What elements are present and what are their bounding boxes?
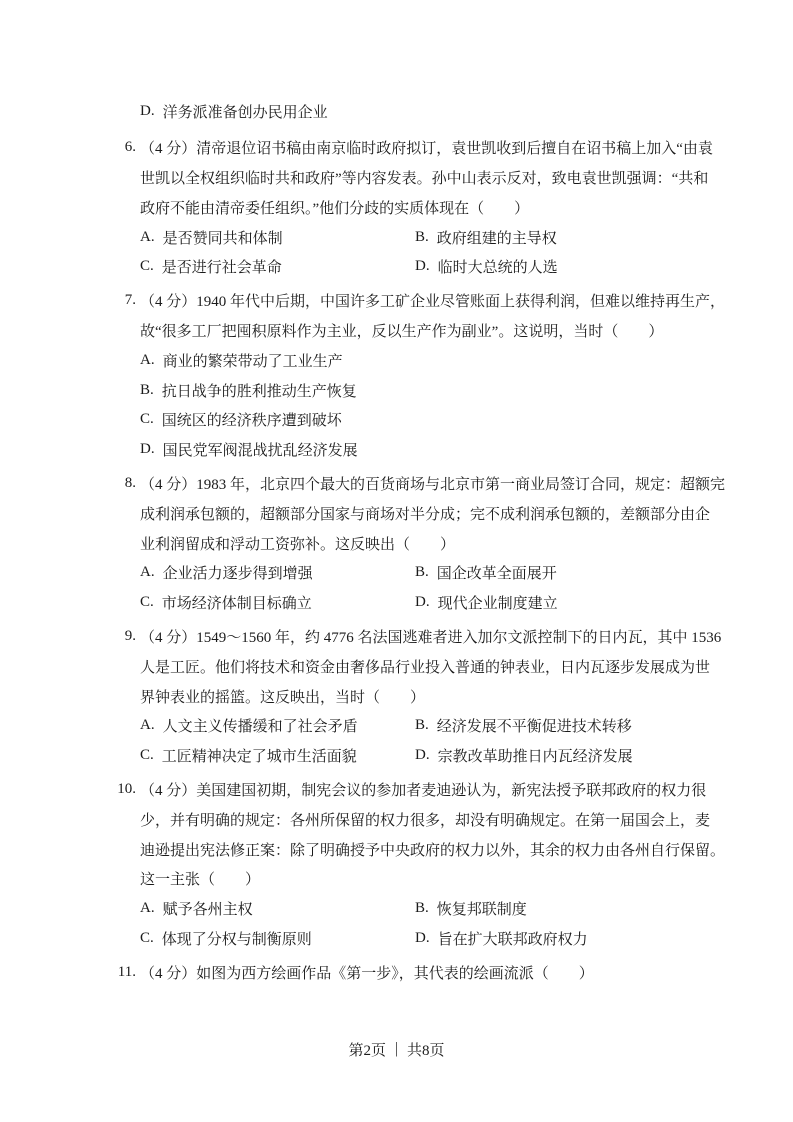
option-label: C. — [140, 594, 154, 611]
options-row: B.抗日战争的胜利推动生产恢复 — [0, 375, 793, 405]
options-row: A.商业的繁荣带动了工业生产 — [0, 345, 793, 375]
options-row: C.国统区的经济秩序遭到破坏 — [0, 405, 793, 435]
question-number: 8. — [0, 475, 140, 492]
option-text: 人文主义传播缓和了社会矛盾 — [163, 715, 358, 736]
stem-text: 少，并有明确的规定：各州所保留的权力很多，却没有明确规定。在第一届国会上，麦 — [140, 809, 710, 830]
option-label: A. — [140, 564, 155, 581]
option-text: 国民党军阀混战扰乱经济发展 — [163, 439, 358, 460]
option-d: D.临时大总统的人选 — [415, 256, 558, 277]
option-c: C.国统区的经济秩序遭到破坏 — [140, 409, 342, 430]
option-text: 经济发展不平衡促进技术转移 — [437, 715, 632, 736]
stem-text: （4 分）如图为西方绘画作品《第一步》，其代表的绘画流派（ ） — [140, 962, 594, 983]
option-text: 临时大总统的人选 — [438, 256, 558, 277]
option-label: D. — [140, 103, 155, 120]
option-text: 赋予各州主权 — [163, 898, 253, 919]
stem-line: 9.（4 分）1549～1560 年，约 4776 名法国逃难者进入加尔文派控制… — [0, 622, 793, 652]
stem-line: 世凯以全权组织临时共和政府”等内容发表。孙中山表示反对，致电袁世凯强调：“共和 — [0, 163, 793, 193]
option-a: A.是否赞同共和体制 — [140, 227, 415, 248]
carryover-option-d: D.洋务派准备创办民用企业 — [0, 97, 793, 127]
question-11: 11.（4 分）如图为西方绘画作品《第一步》，其代表的绘画流派（ ） — [0, 957, 793, 987]
option-label: B. — [415, 717, 429, 734]
stem-text: 这一主张（ ） — [140, 868, 260, 889]
stem-line: 成利润承包额的，超额部分国家与商场对半分成；完不成利润承包额的，差额部分由企 — [0, 498, 793, 528]
option-text: 体现了分权与制衡原则 — [162, 928, 312, 949]
option-label: D. — [140, 441, 155, 458]
stem-text: （4 分）1983 年，北京四个最大的百货商场与北京市第一商业局签订合同，规定：… — [140, 473, 725, 494]
stem-text: 成利润承包额的，超额部分国家与商场对半分成；完不成利润承包额的，差额部分由企 — [140, 503, 710, 524]
option-c: C.工匠精神决定了城市生活面貌 — [140, 745, 415, 766]
option-label: C. — [140, 930, 154, 947]
option-label: A. — [140, 717, 155, 734]
question-6: 6.（4 分）清帝退位诏书稿由南京临时政府拟订，袁世凯收到后擅自在诏书稿上加入“… — [0, 133, 793, 282]
option-c: C.是否进行社会革命 — [140, 256, 415, 277]
question-number: 6. — [0, 139, 140, 156]
option-label: D. — [415, 258, 430, 275]
option-b: B.抗日战争的胜利推动生产恢复 — [140, 380, 357, 401]
option-text: 是否赞同共和体制 — [163, 227, 283, 248]
options-row: C.是否进行社会革命 D.临时大总统的人选 — [0, 252, 793, 282]
page-footer: 第2页 | 共8页 — [0, 1038, 793, 1060]
stem-text: 人是工匠。他们将技术和资金由奢侈品行业投入普通的钟表业，日内瓦逐步发展成为世 — [140, 656, 710, 677]
option-d: D.国民党军阀混战扰乱经济发展 — [140, 439, 358, 460]
option-text: 市场经济体制目标确立 — [162, 592, 312, 613]
option-label: A. — [140, 229, 155, 246]
stem-text: 故“很多工厂把囤积原料作为主业，反以生产作为副业”。这说明，当时（ ） — [140, 320, 663, 341]
stem-line: 少，并有明确的规定：各州所保留的权力很多，却没有明确规定。在第一届国会上，麦 — [0, 804, 793, 834]
stem-text: 业利润留成和浮动工资弥补。这反映出（ ） — [140, 533, 455, 554]
question-7: 7.（4 分）1940 年代中后期，中国许多工矿企业尽管账面上获得利润，但难以维… — [0, 286, 793, 465]
option-b: B.恢复邦联制度 — [415, 898, 527, 919]
option-b: B.政府组建的主导权 — [415, 227, 557, 248]
footer-total-pages: 共8页 — [407, 1039, 445, 1060]
stem-line: 10.（4 分）美国建国初期，制宪会议的参加者麦迪逊认为，新宪法授予联邦政府的权… — [0, 775, 793, 805]
option-c: C.市场经济体制目标确立 — [140, 592, 415, 613]
option-d: D.宗教改革助推日内瓦经济发展 — [415, 745, 633, 766]
option-text: 宗教改革助推日内瓦经济发展 — [438, 745, 633, 766]
exam-content: D.洋务派准备创办民用企业 6.（4 分）清帝退位诏书稿由南京临时政府拟订，袁世… — [0, 0, 793, 987]
stem-line: 6.（4 分）清帝退位诏书稿由南京临时政府拟订，袁世凯收到后擅自在诏书稿上加入“… — [0, 133, 793, 163]
stem-text: （4 分）清帝退位诏书稿由南京临时政府拟订，袁世凯收到后擅自在诏书稿上加入“由袁 — [140, 137, 713, 158]
option-d: D.现代企业制度建立 — [415, 592, 558, 613]
stem-text: 界钟表业的摇篮。这反映出，当时（ ） — [140, 686, 425, 707]
option-label: C. — [140, 258, 154, 275]
option-d: D.旨在扩大联邦政府权力 — [415, 928, 588, 949]
option-text: 政府组建的主导权 — [437, 227, 557, 248]
option-text: 企业活力逐步得到增强 — [163, 562, 313, 583]
option-label: B. — [415, 900, 429, 917]
question-number: 7. — [0, 292, 140, 309]
exam-paper-page: D.洋务派准备创办民用企业 6.（4 分）清帝退位诏书稿由南京临时政府拟订，袁世… — [0, 0, 793, 1122]
options-row: A.是否赞同共和体制 B.政府组建的主导权 — [0, 222, 793, 252]
question-10: 10.（4 分）美国建国初期，制宪会议的参加者麦迪逊认为，新宪法授予联邦政府的权… — [0, 775, 793, 954]
option-b: B.国企改革全面展开 — [415, 562, 557, 583]
option-text: 现代企业制度建立 — [438, 592, 558, 613]
option-text: 恢复邦联制度 — [437, 898, 527, 919]
option-b: B.经济发展不平衡促进技术转移 — [415, 715, 632, 736]
stem-text: 政府不能由清帝委任组织。”他们分歧的实质体现在（ ） — [140, 197, 529, 218]
option-text: 商业的繁荣带动了工业生产 — [163, 350, 343, 371]
option-label: C. — [140, 411, 154, 428]
footer-separator: | — [395, 1040, 398, 1058]
option-text: 是否进行社会革命 — [162, 256, 282, 277]
stem-line: 政府不能由清帝委任组织。”他们分歧的实质体现在（ ） — [0, 192, 793, 222]
stem-text: （4 分）1549～1560 年，约 4776 名法国逃难者进入加尔文派控制下的… — [140, 626, 721, 647]
options-row: A.企业活力逐步得到增强 B.国企改革全面展开 — [0, 558, 793, 588]
stem-text: 世凯以全权组织临时共和政府”等内容发表。孙中山表示反对，致电袁世凯强调：“共和 — [140, 167, 708, 188]
option-text: 国企改革全面展开 — [437, 562, 557, 583]
option-text: 洋务派准备创办民用企业 — [163, 101, 328, 122]
option-label: D. — [415, 930, 430, 947]
option-text: 抗日战争的胜利推动生产恢复 — [162, 380, 357, 401]
question-number: 10. — [0, 781, 140, 798]
stem-line: 8.（4 分）1983 年，北京四个最大的百货商场与北京市第一商业局签订合同，规… — [0, 469, 793, 499]
options-row: C.市场经济体制目标确立 D.现代企业制度建立 — [0, 588, 793, 618]
option-label: B. — [415, 564, 429, 581]
option-label: B. — [140, 382, 154, 399]
question-9: 9.（4 分）1549～1560 年，约 4776 名法国逃难者进入加尔文派控制… — [0, 622, 793, 771]
option-a: A.赋予各州主权 — [140, 898, 415, 919]
option-text: 工匠精神决定了城市生活面貌 — [162, 745, 357, 766]
option-c: C.体现了分权与制衡原则 — [140, 928, 415, 949]
options-row: C.工匠精神决定了城市生活面貌 D.宗教改革助推日内瓦经济发展 — [0, 741, 793, 771]
option-label: D. — [415, 747, 430, 764]
option-text: 旨在扩大联邦政府权力 — [438, 928, 588, 949]
stem-line: 界钟表业的摇篮。这反映出，当时（ ） — [0, 681, 793, 711]
stem-line: 7.（4 分）1940 年代中后期，中国许多工矿企业尽管账面上获得利润，但难以维… — [0, 286, 793, 316]
stem-line: 迪逊提出宪法修正案：除了明确授予中央政府的权力以外，其余的权力由各州自行保留。 — [0, 834, 793, 864]
stem-text: （4 分）美国建国初期，制宪会议的参加者麦迪逊认为，新宪法授予联邦政府的权力很 — [140, 779, 706, 800]
footer-page-number: 第2页 — [348, 1039, 386, 1060]
stem-line: 人是工匠。他们将技术和资金由奢侈品行业投入普通的钟表业，日内瓦逐步发展成为世 — [0, 651, 793, 681]
stem-line: 故“很多工厂把囤积原料作为主业，反以生产作为副业”。这说明，当时（ ） — [0, 316, 793, 346]
question-8: 8.（4 分）1983 年，北京四个最大的百货商场与北京市第一商业局签订合同，规… — [0, 469, 793, 618]
stem-text: 迪逊提出宪法修正案：除了明确授予中央政府的权力以外，其余的权力由各州自行保留。 — [140, 839, 725, 860]
option-label: B. — [415, 229, 429, 246]
option-a: A.企业活力逐步得到增强 — [140, 562, 415, 583]
option-label: D. — [415, 594, 430, 611]
option-a: A.商业的繁荣带动了工业生产 — [140, 350, 343, 371]
option-label: A. — [140, 900, 155, 917]
stem-line: 这一主张（ ） — [0, 864, 793, 894]
stem-line: 业利润留成和浮动工资弥补。这反映出（ ） — [0, 528, 793, 558]
options-row: A.人文主义传播缓和了社会矛盾 B.经济发展不平衡促进技术转移 — [0, 711, 793, 741]
stem-line: 11.（4 分）如图为西方绘画作品《第一步》，其代表的绘画流派（ ） — [0, 957, 793, 987]
stem-text: （4 分）1940 年代中后期，中国许多工矿企业尽管账面上获得利润，但难以维持再… — [140, 290, 725, 311]
options-row: A.赋予各州主权 B.恢复邦联制度 — [0, 894, 793, 924]
options-row: D.国民党军阀混战扰乱经济发展 — [0, 435, 793, 465]
options-row: C.体现了分权与制衡原则 D.旨在扩大联邦政府权力 — [0, 924, 793, 954]
option-a: A.人文主义传播缓和了社会矛盾 — [140, 715, 415, 736]
question-number: 9. — [0, 628, 140, 645]
option-label: A. — [140, 352, 155, 369]
question-number: 11. — [0, 964, 140, 981]
option-text: 国统区的经济秩序遭到破坏 — [162, 409, 342, 430]
option-label: C. — [140, 747, 154, 764]
